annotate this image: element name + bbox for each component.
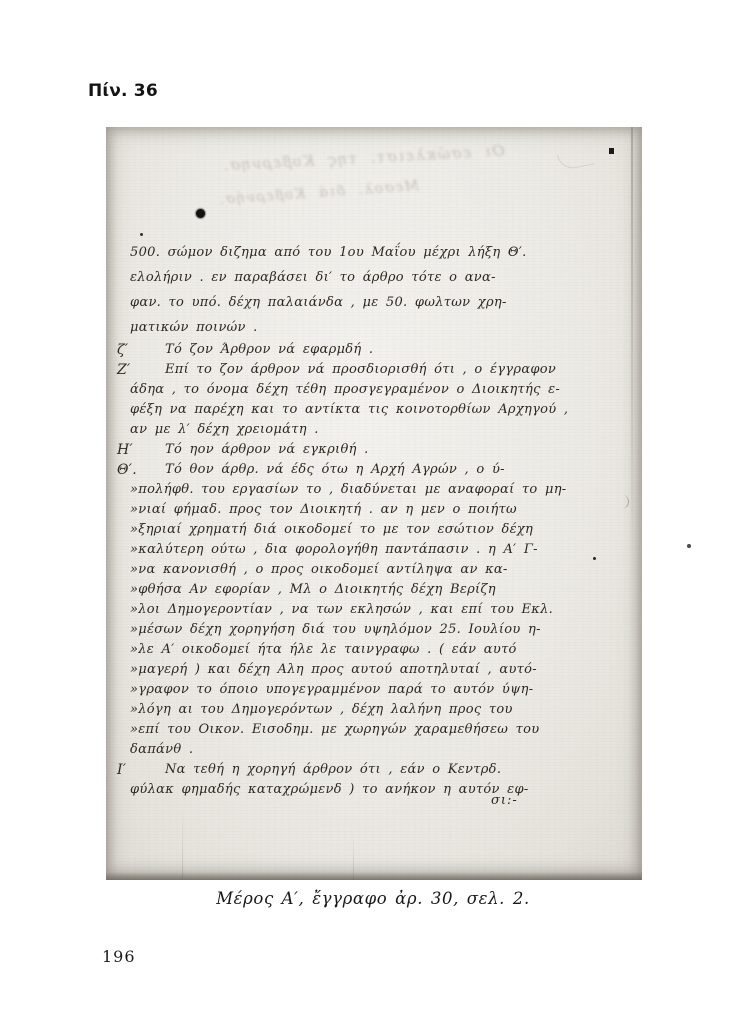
manuscript-line: αν με λ′ δέχη χρειομάτη . (130, 420, 634, 440)
manuscript-line: Ι′Να τεθή η χορηγή άρθρον ότι , εάν ο Κε… (130, 760, 634, 780)
ink-speck (687, 544, 691, 548)
closing-mark: σι:- (491, 793, 518, 808)
manuscript-scan: Οι εσώκλειστ. της Κυβερνησ. Μεσολ. διά Κ… (106, 127, 642, 880)
manuscript-line: ελολήριν . εν παραβάσει δι′ το άρθρο τότ… (130, 265, 634, 290)
manuscript-line: »μαγερή ) και δέχη Αλη προς αυτού αποτηλ… (130, 660, 634, 680)
manuscript-line-text: »πολήφθ. του εργασίων το , διαδύνεται με… (130, 482, 566, 497)
manuscript-line-text: φέξη να παρέχη και το αντίκτα τις κοινοτ… (130, 402, 568, 417)
plate-label: Πίν. 36 (88, 81, 158, 101)
manuscript-line: »καλύτερη ούτω , δια φορολογήθη παντάπασ… (130, 540, 634, 560)
manuscript-line-text: »μέσων δέχη χορηγήση διά του υψηλόμον 25… (130, 622, 541, 637)
manuscript-line: φέξη να παρέχη και το αντίκτα τις κοινοτ… (130, 400, 634, 420)
manuscript-line-text: »λοι Δημογεροντίαν , να των εκλησών , κα… (130, 602, 553, 617)
manuscript-line-text: »λόγη αι του Δημογερόντων , δέχη λαλήνη … (130, 702, 513, 717)
manuscript-line-text: Τό θον άρθρ. νά έδς ότω η Αρχή Αγρών , ο… (165, 460, 505, 480)
manuscript-line: άδηα , το όνομα δέχη τέθη προσγεγραμένον… (130, 380, 634, 400)
manuscript-line-text: »επί του Οικον. Εισοδημ. με χωρηγών χαρα… (130, 722, 539, 737)
manuscript-line-text: Επί το ζον άρθρον νά προσδιορισθή ότι , … (165, 360, 556, 380)
manuscript-line-text: 500. σώμον διζημα από του 1ου Μαΐου μέχρ… (130, 245, 527, 260)
manuscript-line: »επί του Οικον. Εισοδημ. με χωρηγών χαρα… (130, 720, 634, 740)
section-letter: Θ′. (117, 460, 137, 480)
section-letter: ζ′ (117, 340, 128, 360)
fold-crease (182, 810, 183, 880)
fold-crease (631, 127, 633, 564)
manuscript-body: 500. σώμον διζημα από του 1ου Μαΐου μέχρ… (130, 240, 634, 800)
manuscript-line: »πολήφθ. του εργασίων το , διαδύνεται με… (130, 480, 634, 500)
manuscript-line: Ζ′Επί το ζον άρθρον νά προσδιορισθή ότι … (130, 360, 634, 380)
manuscript-line: »λοι Δημογεροντίαν , να των εκλησών , κα… (130, 600, 634, 620)
manuscript-line-text: »ξηριαί χρηματή διά οικοδομεί το με τον … (130, 522, 533, 537)
manuscript-line-text: »καλύτερη ούτω , δια φορολογήθη παντάπασ… (130, 542, 538, 557)
manuscript-line-text: »να κανονισθή , ο προς οικοδομεί αντίληψ… (130, 562, 508, 577)
manuscript-line-text: »νιαί φήμαδ. προς τον Διοικητή . αν η με… (130, 502, 517, 517)
manuscript-line: ζ′Τό ζον Άρθρον νά εφαρμδή . (130, 340, 634, 360)
book-page: Πίν. 36 Οι εσώκλειστ. της Κυβερνησ. Μεσο… (0, 0, 743, 1027)
ink-blot (196, 209, 205, 218)
manuscript-line-text: φύλακ φημαδής καταχρώμενδ ) το ανήκον η … (130, 782, 529, 797)
manuscript-line-text: ματικών ποινών . (130, 320, 258, 335)
section-letter: Ζ′ (117, 360, 131, 380)
manuscript-line-text: Να τεθή η χορηγή άρθρον ότι , εάν ο Κεντ… (165, 760, 501, 780)
manuscript-line: »λε Α′ οικοδομεί ήτα ήλε λε ταινγραφω . … (130, 640, 634, 660)
manuscript-line: »μέσων δέχη χορηγήση διά του υψηλόμον 25… (130, 620, 634, 640)
manuscript-line: »φθήσα Αν εφορίαν , Μλ ο Διοικητής δέχη … (130, 580, 634, 600)
manuscript-line: φύλακ φημαδής καταχρώμενδ ) το ανήκον η … (130, 780, 634, 800)
page-number: 196 (102, 947, 136, 966)
manuscript-line-text: Τό ζον Άρθρον νά εφαρμδή . (165, 340, 373, 360)
ink-speck (140, 233, 143, 236)
manuscript-line: φαν. το υπό. δέχη παλαιάνδα , με 50. φωλ… (130, 290, 634, 315)
ink-speck (609, 148, 614, 154)
manuscript-line-text: »λε Α′ οικοδομεί ήτα ήλε λε ταινγραφω . … (130, 642, 517, 657)
manuscript-line-text: φαν. το υπό. δέχη παλαιάνδα , με 50. φωλ… (130, 295, 507, 310)
manuscript-line-text: »φθήσα Αν εφορίαν , Μλ ο Διοικητής δέχη … (130, 582, 496, 597)
manuscript-line: »γραφον το όποιο υπογεγραμμένον παρά το … (130, 680, 634, 700)
manuscript-line: »ξηριαί χρηματή διά οικοδομεί το με τον … (130, 520, 634, 540)
manuscript-line: Η′Τό ηον άρθρον νά εγκριθή . (130, 440, 634, 460)
manuscript-line-text: ελολήριν . εν παραβάσει δι′ το άρθρο τότ… (130, 270, 496, 285)
manuscript-line-text: »γραφον το όποιο υπογεγραμμένον παρά το … (130, 682, 533, 697)
manuscript-line-text: »μαγερή ) και δέχη Αλη προς αυτού αποτηλ… (130, 662, 537, 677)
figure-caption: Μέρος Α′, ἔγγραφο ἀρ. 30, σελ. 2. (0, 889, 743, 908)
section-letter: Ι′ (117, 760, 126, 780)
manuscript-line: »νιαί φήμαδ. προς τον Διοικητή . αν η με… (130, 500, 634, 520)
manuscript-line-text: Τό ηον άρθρον νά εγκριθή . (165, 440, 369, 460)
manuscript-line-text: δαπάνθ . (130, 742, 193, 757)
manuscript-line: ματικών ποινών . (130, 315, 634, 340)
section-letter: Η′ (117, 440, 133, 460)
manuscript-line-text: άδηα , το όνομα δέχη τέθη προσγεγραμένον… (130, 382, 560, 397)
manuscript-line-text: αν με λ′ δέχη χρειομάτη . (130, 422, 319, 437)
manuscript-line: »να κανονισθή , ο προς οικοδομεί αντίληψ… (130, 560, 634, 580)
manuscript-line: 500. σώμον διζημα από του 1ου Μαΐου μέχρ… (130, 240, 634, 265)
scan-bottom-shadow (106, 872, 642, 880)
manuscript-line: δαπάνθ . (130, 740, 634, 760)
manuscript-line: »λόγη αι του Δημογερόντων , δέχη λαλήνη … (130, 700, 634, 720)
manuscript-line: Θ′.Τό θον άρθρ. νά έδς ότω η Αρχή Αγρών … (130, 460, 634, 480)
